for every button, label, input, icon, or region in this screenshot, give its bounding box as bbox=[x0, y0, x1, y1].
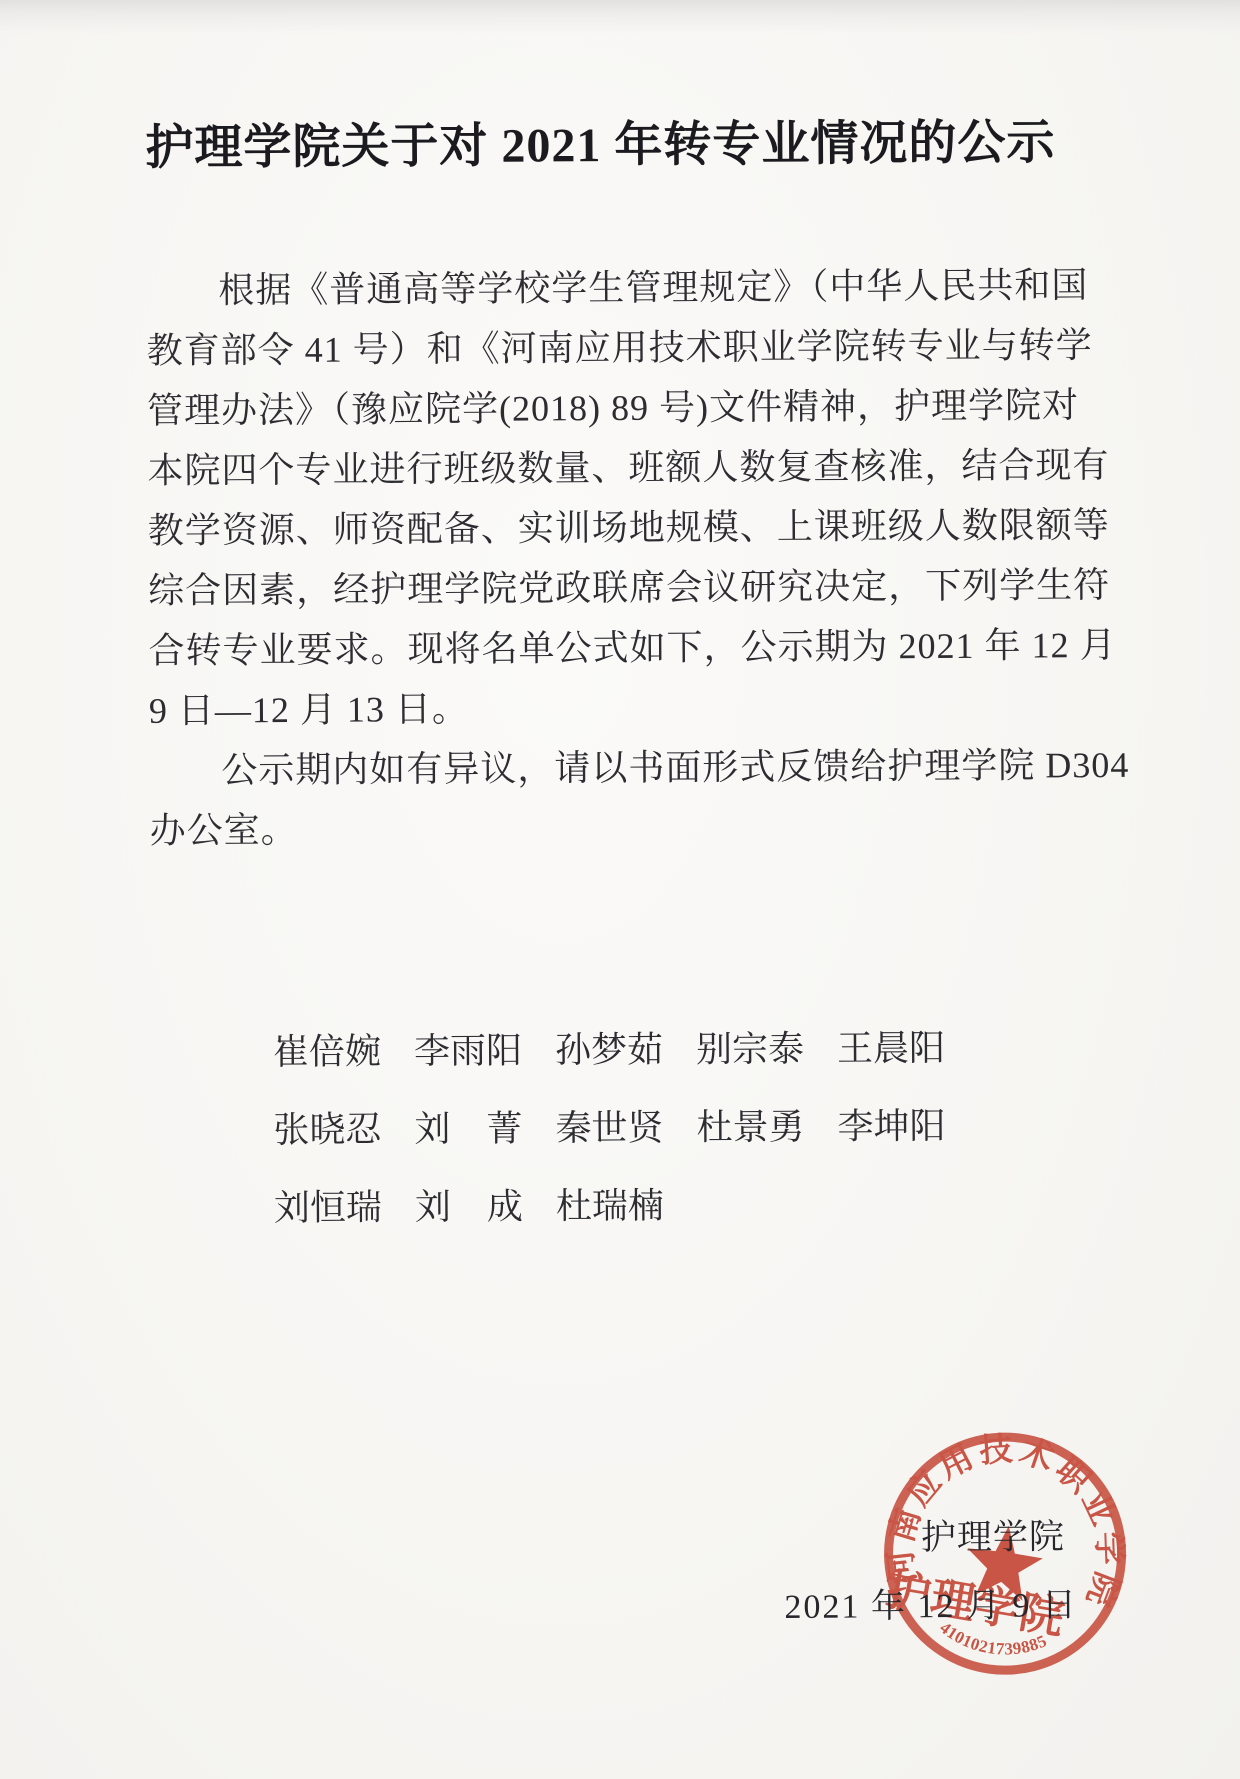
student-name: 张晓忍 bbox=[273, 1107, 381, 1152]
student-name: 李雨阳 bbox=[414, 1029, 522, 1074]
body-line: 合转专业要求。现将名单公式如下，公示期为 2021 年 12 月 bbox=[148, 615, 1058, 681]
student-name: 刘 成 bbox=[415, 1185, 523, 1230]
student-name: 李坤阳 bbox=[837, 1104, 945, 1149]
notice-body: 根据《普通高等学校学生管理规定》（中华人民共和国 教育部令 41 号）和《河南应… bbox=[146, 255, 1060, 861]
student-name: 杜景勇 bbox=[696, 1105, 804, 1150]
student-names-list: 崔倍婉 李雨阳 孙梦茹 别宗泰 王晨阳 张晓忍 刘 菁 秦世贤 杜景勇 李坤阳 … bbox=[273, 1026, 946, 1264]
body-line: 9 日—12 月 13 日。 bbox=[149, 675, 1059, 741]
student-name: 刘恒瑞 bbox=[274, 1185, 382, 1230]
body-line: 根据《普通高等学校学生管理规定》（中华人民共和国 bbox=[146, 255, 1056, 321]
body-line: 教育部令 41 号）和《河南应用技术职业学院转专业与转学 bbox=[147, 315, 1057, 381]
signature-department: 护理学院 bbox=[921, 1509, 1065, 1560]
notice-title: 护理学院关于对 2021 年转专业情况的公示 bbox=[145, 103, 1055, 178]
student-name: 崔倍婉 bbox=[273, 1029, 381, 1074]
student-name: 孙梦茹 bbox=[555, 1028, 663, 1073]
student-name: 秦世贤 bbox=[555, 1106, 663, 1151]
body-line: 公示期内如有异议，请以书面形式反馈给护理学院 D304 bbox=[149, 735, 1059, 801]
body-line: 综合因素，经护理学院党政联席会议研究决定，下列学生符 bbox=[148, 555, 1058, 621]
name-row: 刘恒瑞 刘 成 杜瑞楠 bbox=[274, 1182, 947, 1264]
body-line: 办公室。 bbox=[149, 795, 1059, 861]
body-line: 教学资源、师资配备、实训场地规模、上课班级人数限额等 bbox=[148, 495, 1058, 561]
name-row: 崔倍婉 李雨阳 孙梦茹 别宗泰 王晨阳 bbox=[273, 1026, 946, 1108]
scanned-notice-page: 护理学院关于对 2021 年转专业情况的公示 根据《普通高等学校学生管理规定》（… bbox=[0, 0, 1240, 1779]
student-name: 刘 菁 bbox=[414, 1107, 522, 1152]
student-name: 杜瑞楠 bbox=[556, 1184, 664, 1229]
student-name: 王晨阳 bbox=[837, 1026, 945, 1071]
body-line: 管理办法》（豫应院学(2018) 89 号)文件精神，护理学院对 bbox=[147, 375, 1057, 441]
name-row: 张晓忍 刘 菁 秦世贤 杜景勇 李坤阳 bbox=[273, 1104, 946, 1186]
student-name: 别宗泰 bbox=[696, 1027, 804, 1072]
notice-date: 2021 年 12 月 9 日 bbox=[784, 1577, 1078, 1628]
body-line: 本院四个专业进行班级数量、班额人数复查核准，结合现有 bbox=[147, 435, 1057, 501]
document-content: 护理学院关于对 2021 年转专业情况的公示 根据《普通高等学校学生管理规定》（… bbox=[0, 0, 1240, 1779]
